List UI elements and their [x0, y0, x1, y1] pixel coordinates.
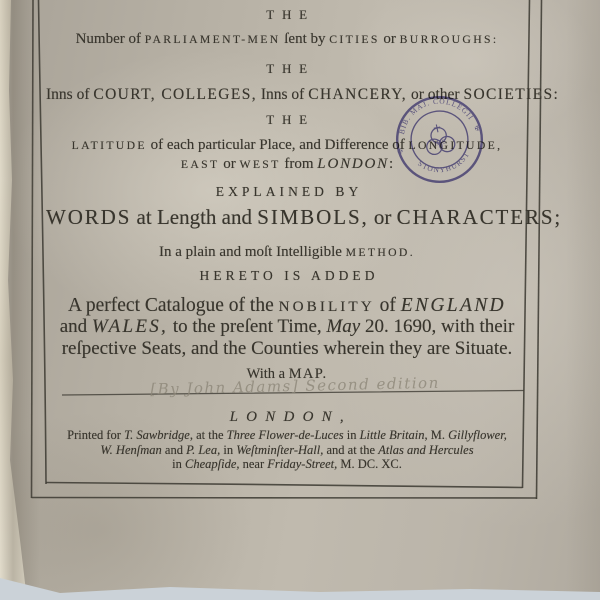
text-segment: , at the [190, 428, 227, 442]
book-page: THE Number of Parliament-Men ſent by Cit… [0, 0, 600, 600]
text-segment: ſent by [281, 31, 330, 47]
text-segment: Number of [76, 31, 145, 47]
border-right-outer [537, 0, 542, 499]
text-segment: Atlas and Hercules [378, 443, 473, 457]
text-segment: THE [259, 61, 315, 76]
text-segment: A perfect Catalogue of the [68, 295, 279, 316]
line-imprint-1: Printed for T. Sawbridge, at the Three F… [46, 429, 528, 443]
text-segment: P. Lea, [186, 443, 220, 457]
text-segment: ENGLAND [401, 295, 506, 316]
text-segment: and [60, 316, 92, 337]
text-segment: T. Sawbridge [124, 428, 190, 442]
text-segment: Cities [329, 33, 379, 46]
line-explained-by: EXPLAINED BY [46, 185, 528, 200]
text-segment: Printed for [67, 428, 124, 442]
border-bottom-inner [46, 483, 523, 488]
text-segment: in [220, 443, 236, 457]
text-segment: or [369, 205, 397, 229]
text-segment: CHARACTERS; [397, 205, 562, 229]
text-segment: W. Henſman [100, 443, 161, 457]
text-segment: reſpective Seats, and the Counties where… [62, 338, 513, 359]
text-segment: SIMBOLS, [257, 205, 368, 229]
text-segment: and [162, 443, 186, 457]
text-segment: Inns of [257, 86, 308, 103]
text-segment: to the preſent Time, [168, 316, 326, 337]
stamp-ihs-emblem: IHS [422, 122, 456, 156]
text-segment: of [375, 295, 401, 316]
text-segment: at Length and [131, 205, 257, 229]
text-segment: Weſtminſter-Hall, [236, 443, 323, 457]
line-words-simbols: WORDS at Length and SIMBOLS, or CHARACTE… [46, 206, 528, 229]
border-left-inner [39, 0, 47, 484]
text-segment: Latitude [72, 139, 147, 152]
text-segment: HERETO IS ADDED [195, 268, 378, 283]
stamp-bottom-text: STONYHURST [415, 148, 474, 179]
text-segment: Gillyflower, [448, 428, 507, 442]
text-segment: EXPLAINED BY [212, 184, 363, 199]
line-wales-1690: and WALES, to the preſent Time, May 20. … [46, 317, 528, 338]
line-imprint-2: W. Henſman and P. Lea, in Weſtminſter-Ha… [46, 444, 528, 458]
text-segment: , M. [425, 428, 449, 442]
border-left-outer [32, 0, 34, 498]
text-segment: COURT, COLLEGES, [93, 86, 257, 103]
text-segment: or [219, 156, 239, 172]
text-segment: East [181, 158, 220, 171]
stamp-center-monogram: IHS [433, 137, 447, 147]
book-fore-edge [0, 0, 30, 600]
line-the-1: THE [46, 8, 528, 22]
text-segment: Inns of [46, 86, 93, 103]
border-bottom-outer [32, 497, 538, 498]
text-segment: LONDON [317, 156, 389, 172]
text-segment: of each particular Place, and Difference… [147, 137, 409, 153]
text-segment: LONDON, [222, 409, 352, 425]
text-segment: May [326, 316, 360, 337]
text-segment: Burroughs: [400, 33, 499, 46]
text-segment: In a plain and moſt Intelligible [159, 244, 346, 260]
text-segment: from [281, 156, 318, 172]
line-respective-seats: reſpective Seats, and the Counties where… [46, 339, 528, 360]
text-segment: Three Flower-de-Luces [227, 428, 344, 442]
line-intelligible-method: In a plain and moſt Intelligible Method. [46, 244, 528, 260]
text-segment: Little Britain [360, 428, 425, 442]
text-segment: or [380, 31, 400, 47]
line-imprint-3: in Cheapſide, near Friday-Street, M. DC.… [46, 458, 528, 472]
text-segment: THE [259, 7, 315, 22]
text-segment: and at the [323, 443, 378, 457]
library-stamp: BIB. MAJ. COLLEGII STONYHURST ✠ ✠ IHS [391, 93, 488, 186]
text-segment: in [172, 457, 185, 471]
text-segment: Parliament-Men [145, 33, 281, 46]
text-segment: Cheapſide, [185, 457, 240, 471]
text-segment: Friday-Street, [267, 457, 337, 471]
text-segment: Method. [346, 246, 415, 259]
text-segment: 20. 1690, with their [360, 316, 514, 337]
text-segment: M. DC. XC. [337, 457, 402, 471]
text-segment: THE [259, 112, 315, 127]
stamp-cross-left-icon: ✠ [397, 147, 405, 156]
line-catalogue-nobility: A perfect Catalogue of the Nobility of E… [46, 295, 528, 316]
text-segment: West [239, 158, 280, 171]
text-segment: Nobility [279, 298, 375, 315]
line-london: LONDON, [46, 409, 528, 425]
line-hereto-is-added: HERETO IS ADDED [46, 269, 528, 284]
line-parliament-men: Number of Parliament-Men ſent by Cities … [46, 31, 528, 47]
text-segment: WALES, [92, 316, 168, 337]
text-segment: near [240, 457, 268, 471]
text-segment: in [344, 428, 360, 442]
text-segment: WORDS [46, 205, 131, 229]
line-the-2: THE [46, 62, 528, 76]
